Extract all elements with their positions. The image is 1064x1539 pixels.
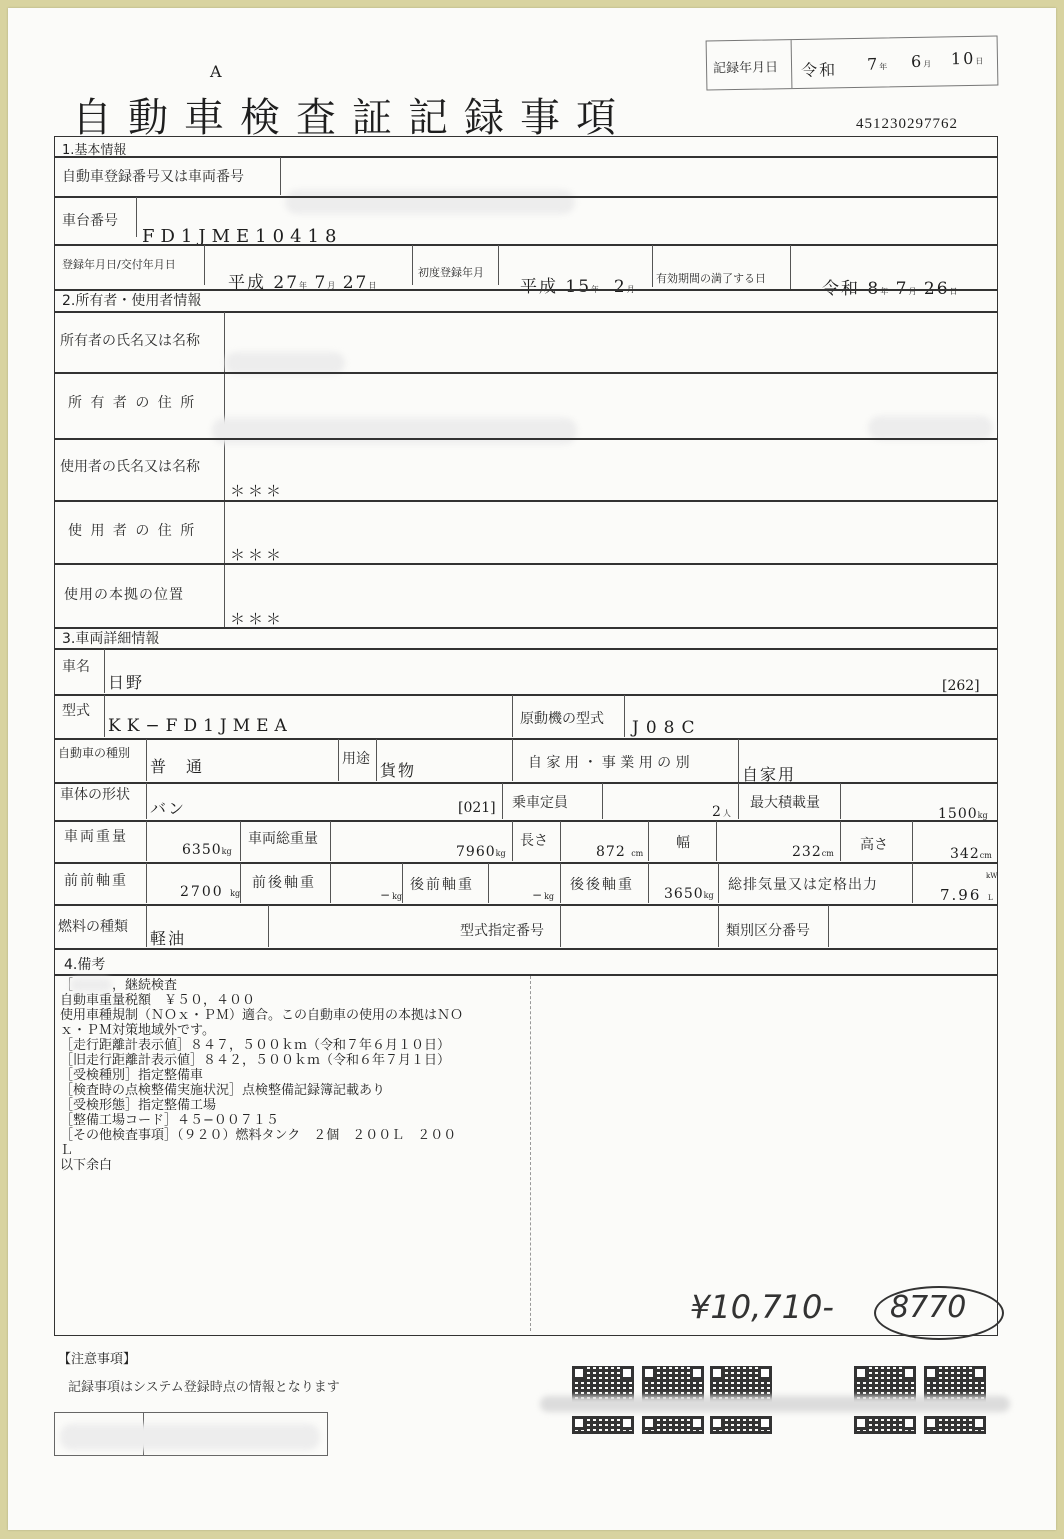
kind-value: 普 通 (150, 754, 204, 777)
width-value: 232cm (792, 844, 834, 860)
expiry-label: 有効期間の満了する日 (656, 270, 766, 286)
qr-code-9 (854, 1416, 916, 1434)
qr-code-8 (710, 1416, 772, 1434)
engine-value: J08C (632, 718, 701, 738)
fr-axle-label: 前後軸重 (252, 872, 316, 892)
first-reg-value: 平成 15年 2月 (520, 272, 635, 297)
document-number: 451230297762 (856, 116, 958, 133)
rr-axle-value: 3650kg (664, 886, 714, 902)
section-vehicle-details-heading: 3.車両詳細情報 (62, 628, 159, 648)
category-label: 類別区分番号 (726, 920, 810, 940)
redacted-reg-number (285, 190, 575, 214)
redacted-owner-address (212, 418, 577, 444)
form-letter: A (210, 62, 222, 81)
body-shape-label: 車体の形状 (60, 784, 130, 804)
record-date-label: 記録年月日 (713, 56, 778, 76)
owner-address-label: 所 有 者 の 住 所 (68, 392, 196, 412)
base-location-value: ＊＊＊ (230, 608, 284, 629)
ff-axle-value: 2700 kg (180, 884, 240, 900)
reg-date-label: 登録年月日/交付年月日 (62, 256, 176, 272)
base-location-label: 使用の本拠の位置 (64, 584, 184, 604)
reg-number-label: 自動車登録番号又は車両番号 (62, 166, 244, 186)
ff-axle-label: 前前軸重 (64, 870, 128, 890)
car-name-value: 日野 (108, 670, 144, 693)
width-label: 幅 (676, 832, 690, 852)
displacement-unit-l: L (988, 894, 993, 902)
displacement-label: 総排気量又は定格出力 (728, 874, 878, 894)
section-owner-user-heading: 2.所有者・使用者情報 (62, 290, 201, 310)
use-value: 貨物 (380, 758, 416, 781)
record-date-era: 令和 (801, 57, 837, 81)
max-load-label: 最大積載量 (750, 792, 820, 812)
private-business-label: 自 家 用 ・ 事 業 用 の 別 (528, 752, 690, 772)
handwritten-amount: ¥10,710- (690, 1288, 834, 1326)
displacement-unit-kw: kW (986, 872, 997, 880)
car-name-code: [262] (942, 678, 980, 694)
gross-weight-value: 7960kg (456, 844, 506, 860)
redacted-owner-name (225, 352, 345, 374)
rf-axle-value: −kg (532, 888, 554, 902)
capacity-label: 乗車定員 (512, 792, 568, 812)
fuel-label: 燃料の種類 (58, 916, 128, 936)
notes-heading: 【注意事項】 (58, 1348, 136, 1367)
chassis-label: 車台番号 (62, 210, 118, 230)
notes-text: 記録事項はシステム登録時点の情報となります (68, 1376, 340, 1395)
handwritten-circled-number: 8770 (890, 1290, 966, 1325)
record-date-day: 10日 (951, 49, 984, 69)
record-date-box: 記録年月日 令和 7年 6月 10日 (706, 35, 999, 90)
remarks-text: ［ ，継続検査自動車重量税額 ￥５０，４００使用車種規制（ＮＯｘ・ＰＭ）適合。こ… (60, 978, 463, 1173)
expiry-value: 令和 8年 7月 26日 (822, 274, 958, 299)
redacted-office (60, 1424, 320, 1450)
qr-code-10 (924, 1416, 986, 1434)
kind-label: 自動車の種別 (58, 744, 130, 761)
document-title: 自動車検査証記録事項 (72, 86, 632, 143)
user-address-label: 使 用 者 の 住 所 (68, 520, 196, 540)
qr-code-7 (642, 1416, 704, 1434)
redacted-remark (70, 978, 112, 992)
length-value: 872 cm (596, 844, 643, 860)
vehicle-weight-label: 車両重量 (64, 826, 128, 846)
rr-axle-label: 後後軸重 (570, 874, 634, 894)
redacted-qr-band (540, 1396, 1010, 1412)
model-value: KK−FD1JMEA (108, 716, 293, 736)
height-value: 342cm (950, 846, 992, 862)
user-name-label: 使用者の氏名又は名称 (60, 456, 200, 476)
body-shape-value: バン (150, 796, 186, 819)
user-address-value: ＊＊＊ (230, 544, 284, 565)
redacted-owner-address-2 (868, 416, 993, 440)
fuel-value: 軽油 (150, 926, 186, 949)
record-date-year: 7年 (867, 54, 888, 73)
engine-label: 原動機の型式 (520, 708, 604, 728)
use-label: 用途 (342, 748, 370, 768)
qr-code-6 (572, 1416, 634, 1434)
capacity-value: 2人 (712, 804, 731, 820)
rf-axle-label: 後前軸重 (410, 874, 474, 894)
owner-name-label: 所有者の氏名又は名称 (60, 330, 200, 350)
remarks-column-divider (530, 976, 531, 1331)
section-remarks-heading: 4.備考 (64, 954, 105, 974)
model-label: 型式 (62, 700, 90, 720)
first-reg-label: 初度登録年月 (418, 264, 484, 280)
record-date-month: 6月 (911, 52, 932, 71)
gross-weight-label: 車両総重量 (248, 828, 318, 848)
car-name-label: 車名 (62, 656, 90, 676)
vehicle-weight-value: 6350kg (182, 842, 232, 858)
length-label: 長さ (520, 830, 548, 850)
height-label: 高さ (860, 834, 888, 854)
type-designation-label: 型式指定番号 (460, 920, 544, 940)
body-shape-code: [021] (458, 800, 496, 816)
user-name-value: ＊＊＊ (230, 480, 284, 501)
fr-axle-value: −kg (380, 888, 402, 902)
displacement-value: 7.96 (940, 886, 981, 904)
